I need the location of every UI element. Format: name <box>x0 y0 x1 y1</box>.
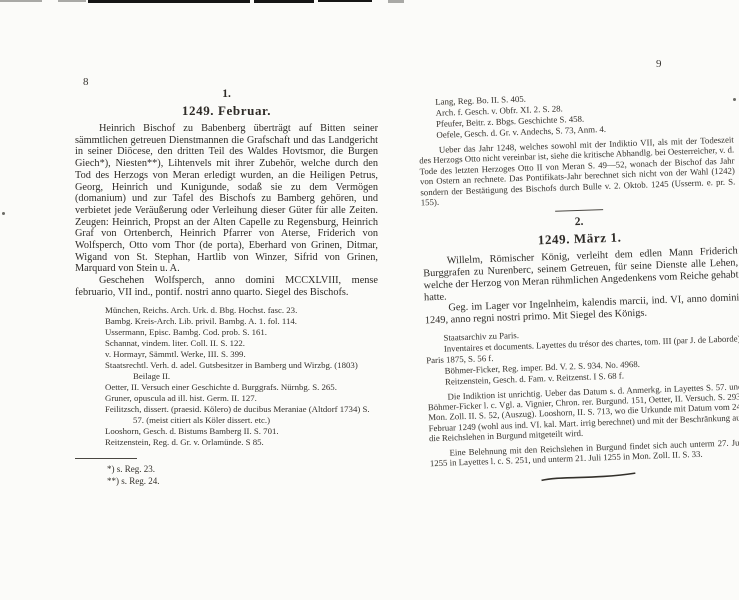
entry-2-note: Die Indiktion ist unrichtig. Ueber das D… <box>427 381 739 444</box>
footnote: **) s. Reg. 24. <box>107 475 378 487</box>
source-item: Ussermann, Episc. Bambg. Cod. prob. S. 1… <box>105 327 378 338</box>
source-item: Gruner, opuscula ad ill. hist. Germ. II.… <box>105 393 378 404</box>
source-item: v. Hormayr, Sämmtl. Werke, III. S. 399. <box>105 349 378 360</box>
source-item: Reitzenstein, Reg. d. Gr. v. Orlamünde. … <box>105 437 378 448</box>
entry-1-dating: Geschehen Wolfsperch, anno domini MCCXLV… <box>75 275 378 298</box>
end-divider-flourish <box>540 471 636 482</box>
source-item: Looshorn, Gesch. d. Bistums Bamberg II. … <box>105 426 378 437</box>
page-left: 1. 1249. Februar. Heinrich Bischof zu Ba… <box>75 88 378 487</box>
scan-artifact <box>0 0 42 2</box>
page-number-left: 8 <box>83 76 89 88</box>
footnote-block: *) s. Reg. 23. **) s. Reg. 24. <box>107 463 378 487</box>
section-divider <box>555 210 603 213</box>
book-scan-canvas: 8 9 1. 1249. Februar. Heinrich Bischof z… <box>0 0 739 600</box>
entry-1-date-heading: 1249. Februar. <box>75 103 378 118</box>
source-item: Bambg. Kreis-Arch. Lib. privil. Bambg. A… <box>105 316 378 327</box>
page-number-right: 9 <box>656 58 662 70</box>
source-item: Oetter, II. Versuch einer Geschichte d. … <box>105 382 378 393</box>
continuation-note: Ueber das Jahr 1248, welches sowohl mit … <box>419 134 736 207</box>
entry-1-number: 1. <box>75 88 378 101</box>
scan-artifact <box>58 0 86 2</box>
scan-artifact <box>318 0 372 2</box>
source-item: Staatsrechtl. Verh. d. adel. Gutsbesitze… <box>105 360 378 382</box>
scan-speck <box>2 212 5 215</box>
footnote-rule <box>75 458 137 459</box>
entry-2-source-list: Staatsarchiv zu Paris. Inventaires et do… <box>425 322 739 388</box>
scan-speck <box>733 98 736 101</box>
continuation-source-list: Lang, Reg. Bo. II. S. 405. Arch. f. Gesc… <box>417 87 733 142</box>
source-item: München, Reichs. Arch. Urk. d. Bbg. Hoch… <box>105 305 378 316</box>
scan-artifact <box>254 0 314 3</box>
source-item: Feilitzsch, dissert. (praesid. Kölero) d… <box>105 404 378 426</box>
scan-artifact <box>88 0 250 3</box>
page-right: Lang, Reg. Bo. II. S. 405. Arch. f. Gesc… <box>417 87 739 486</box>
source-item: Schannat, vindem. liter. Coll. II. S. 12… <box>105 338 378 349</box>
entry-1-source-list: München, Reichs. Arch. Urk. d. Bbg. Hoch… <box>105 305 378 448</box>
entry-1-abstract: Heinrich Bischof zu Babenberg überträgt … <box>75 123 378 275</box>
scan-artifact <box>388 0 404 3</box>
footnote: *) s. Reg. 23. <box>107 463 378 475</box>
